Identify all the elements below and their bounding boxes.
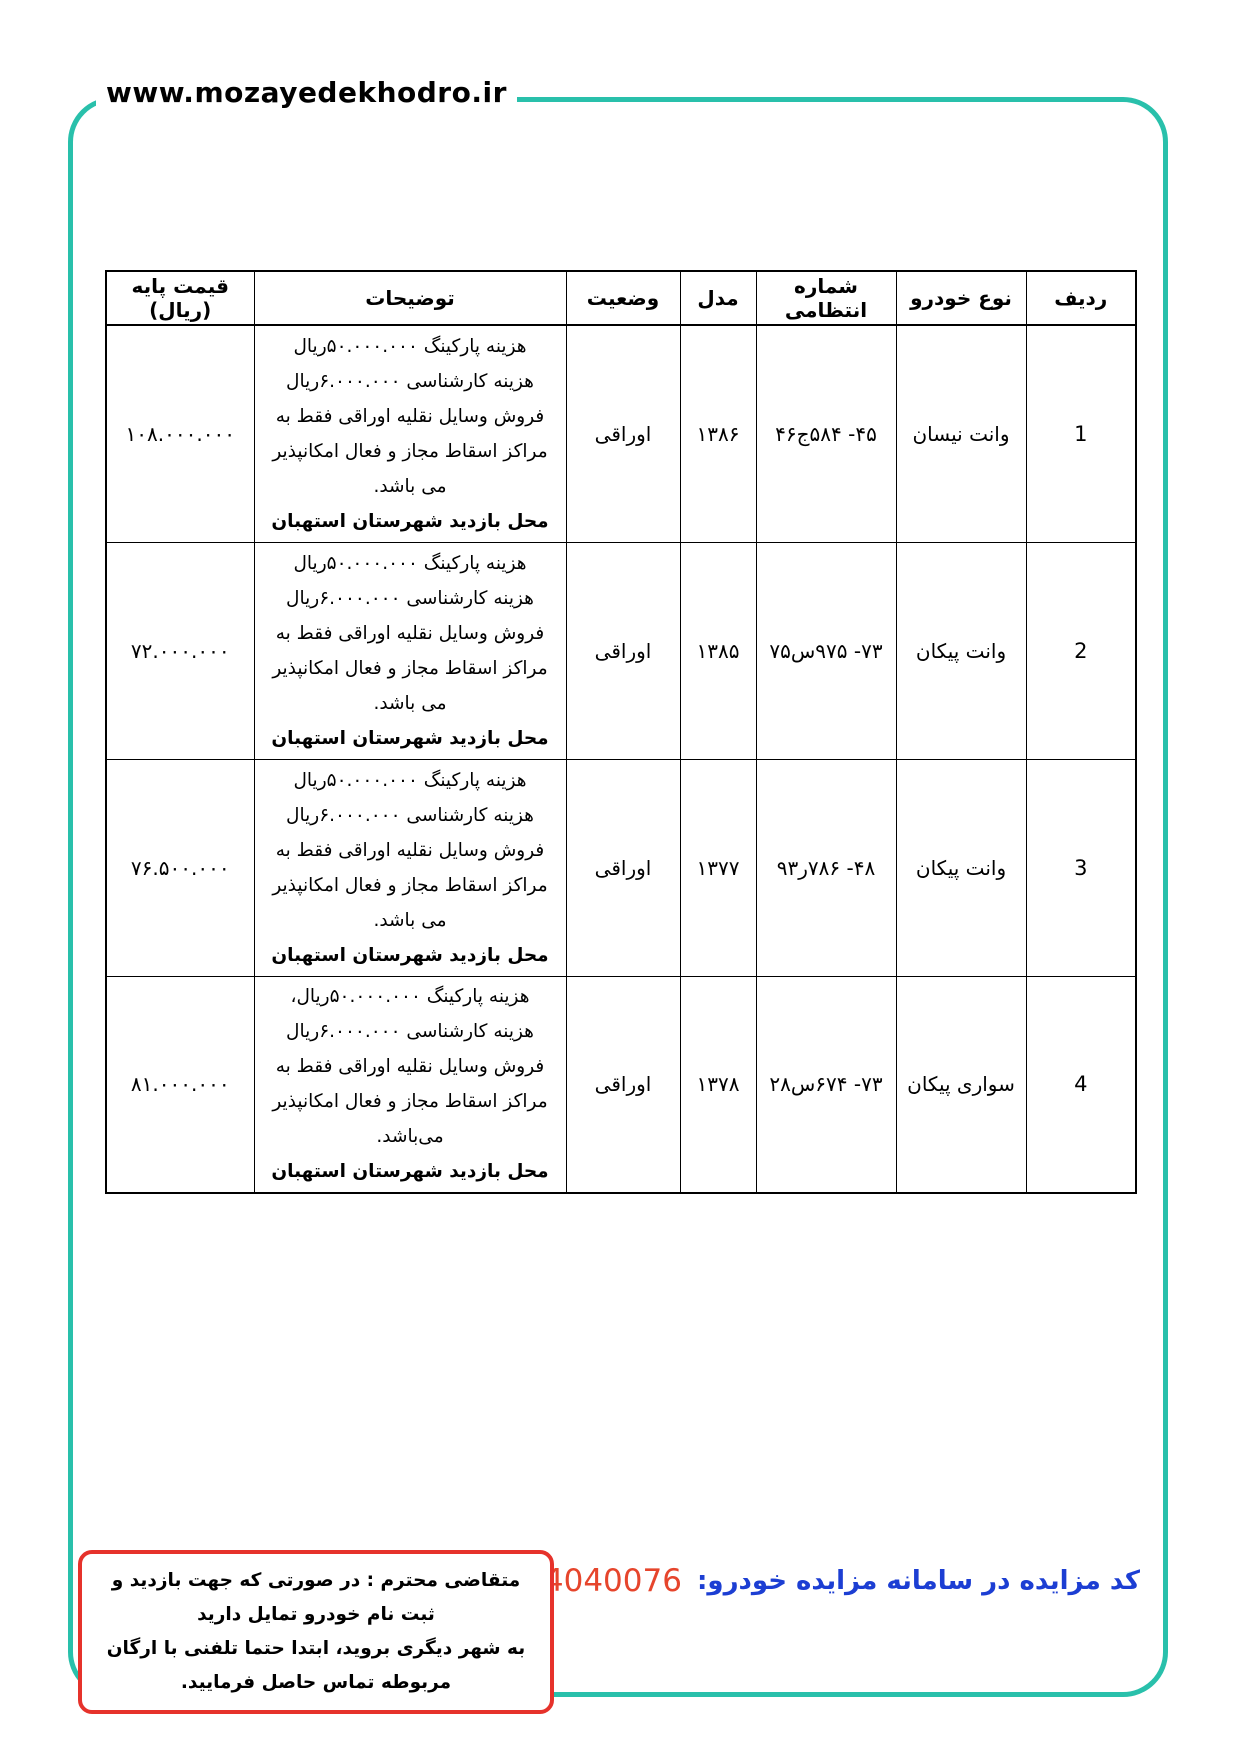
header-base-price: قیمت پایه (ریال) [106,271,254,325]
description-cell: هزینه پارکینگ ۵۰.۰۰۰.۰۰۰ریال، هزینه کارش… [254,976,566,1193]
header-plate-no: شماره انتظامی [756,271,896,325]
description-line: فروش وسایل نقلیه اوراقی فقط به [259,1049,562,1084]
model-year-cell: ۱۳۸۶ [680,325,756,542]
table-row: 3 وانت پیکان ۴۸- ۷۸۶ر۹۳ ۱۳۷۷ اوراقی هزین… [106,759,1136,976]
description-line: هزینه کارشناسی ۶.۰۰۰.۰۰۰ریال [259,1014,562,1049]
table-row: 1 وانت نیسان ۴۵- ۵۸۴ج۴۶ ۱۳۸۶ اوراقی هزین… [106,325,1136,542]
notice-line-1: متقاضی محترم : در صورتی که جهت بازدید و … [94,1564,538,1632]
vehicle-type-cell: وانت نیسان [896,325,1026,542]
auction-code-label: کد مزایده در سامانه مزایده خودرو: [697,1566,1140,1596]
visit-location-line: محل بازدید شهرستان استهبان [259,721,562,756]
auction-code-line: کد مزایده در سامانه مزایده خودرو: 630404… [485,1563,1140,1599]
vehicles-table: ردیف نوع خودرو شماره انتظامی مدل وضعیت ت… [105,270,1137,1194]
description-line: فروش وسایل نقلیه اوراقی فقط به [259,616,562,651]
header-row-no: ردیف [1026,271,1136,325]
description-line: مراکز اسقاط مجاز و فعال امکانپذیر [259,651,562,686]
table-row: 2 وانت پیکان ۷۳- ۹۷۵س۷۵ ۱۳۸۵ اوراقی هزین… [106,542,1136,759]
vehicle-type-cell: وانت پیکان [896,542,1026,759]
base-price-cell: ۸۱.۰۰۰.۰۰۰ [106,976,254,1193]
description-line: هزینه کارشناسی ۶.۰۰۰.۰۰۰ریال [259,581,562,616]
description-line: فروش وسایل نقلیه اوراقی فقط به [259,399,562,434]
description-line: هزینه پارکینگ ۵۰.۰۰۰.۰۰۰ریال [259,763,562,798]
model-year-cell: ۱۳۸۵ [680,542,756,759]
row-number-cell: 1 [1026,325,1136,542]
description-line: هزینه پارکینگ ۵۰.۰۰۰.۰۰۰ریال [259,546,562,581]
row-number-cell: 3 [1026,759,1136,976]
status-cell: اوراقی [566,976,680,1193]
description-line: می باشد. [259,903,562,938]
base-price-cell: ۷۲.۰۰۰.۰۰۰ [106,542,254,759]
visit-location-line: محل بازدید شهرستان استهبان [259,938,562,973]
vehicle-type-cell: وانت پیکان [896,759,1026,976]
vehicle-type-cell: سواری پیکان [896,976,1026,1193]
model-year-cell: ۱۳۷۸ [680,976,756,1193]
site-url: www.mozayedekhodro.ir [96,76,517,109]
description-line: می باشد. [259,686,562,721]
row-number-cell: 2 [1026,542,1136,759]
notice-box: متقاضی محترم : در صورتی که جهت بازدید و … [78,1550,554,1714]
notice-line-2: به شهر دیگری بروید، ابتدا حتما تلفنی با … [94,1632,538,1700]
description-line: مراکز اسقاط مجاز و فعال امکانپذیر [259,868,562,903]
description-cell: هزینه پارکینگ ۵۰.۰۰۰.۰۰۰ریال هزینه کارشن… [254,759,566,976]
description-cell: هزینه پارکینگ ۵۰.۰۰۰.۰۰۰ریال هزینه کارشن… [254,325,566,542]
description-line: مراکز اسقاط مجاز و فعال امکانپذیر [259,434,562,469]
visit-location-line: محل بازدید شهرستان استهبان [259,1154,562,1189]
status-cell: اوراقی [566,759,680,976]
table-header-row: ردیف نوع خودرو شماره انتظامی مدل وضعیت ت… [106,271,1136,325]
header-description: توضیحات [254,271,566,325]
plate-number-cell: ۷۳- ۹۷۵س۷۵ [756,542,896,759]
description-line: هزینه پارکینگ ۵۰.۰۰۰.۰۰۰ریال [259,329,562,364]
plate-number-cell: ۴۵- ۵۸۴ج۴۶ [756,325,896,542]
plate-number-cell: ۴۸- ۷۸۶ر۹۳ [756,759,896,976]
row-number-cell: 4 [1026,976,1136,1193]
model-year-cell: ۱۳۷۷ [680,759,756,976]
visit-location-line: محل بازدید شهرستان استهبان [259,504,562,539]
table-row: 4 سواری پیکان ۷۳- ۶۷۴س۲۸ ۱۳۷۸ اوراقی هزی… [106,976,1136,1193]
description-line: می‌باشد. [259,1119,562,1154]
description-line: هزینه کارشناسی ۶.۰۰۰.۰۰۰ریال [259,798,562,833]
status-cell: اوراقی [566,325,680,542]
description-line: هزینه پارکینگ ۵۰.۰۰۰.۰۰۰ریال، [259,979,562,1014]
description-line: می باشد. [259,469,562,504]
description-cell: هزینه پارکینگ ۵۰.۰۰۰.۰۰۰ریال هزینه کارشن… [254,542,566,759]
base-price-cell: ۱۰۸.۰۰۰.۰۰۰ [106,325,254,542]
description-line: مراکز اسقاط مجاز و فعال امکانپذیر [259,1084,562,1119]
description-line: فروش وسایل نقلیه اوراقی فقط به [259,833,562,868]
description-line: هزینه کارشناسی ۶.۰۰۰.۰۰۰ریال [259,364,562,399]
base-price-cell: ۷۶.۵۰۰.۰۰۰ [106,759,254,976]
header-status: وضعیت [566,271,680,325]
header-vehicle-type: نوع خودرو [896,271,1026,325]
plate-number-cell: ۷۳- ۶۷۴س۲۸ [756,976,896,1193]
header-model: مدل [680,271,756,325]
status-cell: اوراقی [566,542,680,759]
